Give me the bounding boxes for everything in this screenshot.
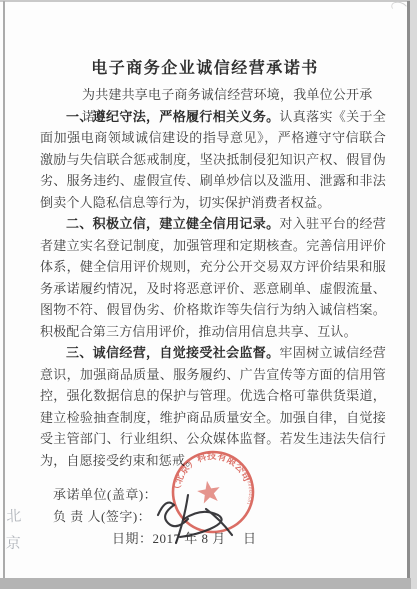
- intro-line: 为共建共享电子商务诚信经营环境，我单位公开承诺：: [40, 84, 386, 106]
- paragraph-2-line-2: 者建立实名登记制度，加强管理和定期核查。完善信用评价: [40, 235, 386, 257]
- paragraph-3-line-3: 控，强化数据信息的保护与管理。优选合格可靠供货渠道，: [40, 385, 386, 407]
- paragraph-1-line-1: 一、遵纪守法，严格履行相关义务。认真落实《关于全: [40, 106, 386, 128]
- paragraph-1-text: 认真落实《关于全: [279, 109, 386, 124]
- paragraph-2-line-5: 图物不符、假冒伪劣、价格欺诈等失信行为纳入诚信档案。: [40, 299, 386, 321]
- scan-edge-left: [3, 1, 5, 589]
- paragraph-1-line-5: 倒卖个人隐私信息等行为，切实保护消费者权益。: [40, 192, 386, 214]
- paragraph-1-line-4: 劣、服务违约、虚假宣传、刷单炒信以及滥用、泄露和非法: [40, 170, 386, 192]
- paragraph-3-line-2: 意识，加强商品质量、服务履约、广告宣传等方面的信用管: [40, 364, 386, 386]
- paragraph-3-line-1: 三、诚信经营，自觉接受社会监督。牢固树立诚信经营: [40, 342, 386, 364]
- paragraph-2-text: 对入驻平台的经营: [279, 216, 386, 231]
- paragraph-1-line-3: 激励与失信联合惩戒制度，坚决抵制侵犯知识产权、假冒伪: [40, 149, 386, 171]
- scan-edge-top: [0, 0, 417, 2]
- paragraph-2-line-4: 务承诺履约情况，及时将恶意评价、恶意刷单、虚假流量、: [40, 278, 386, 300]
- paragraph-2-line-6: 积极配合第三方信用评价，推动信用信息共享、互认。: [40, 321, 386, 343]
- paragraph-1-line-2: 面加强电商领域诚信建设的指导意见》，严格遵守守信联合: [40, 127, 386, 149]
- document-title: 电子商务企业诚信经营承诺书: [0, 55, 410, 78]
- paragraph-2-line-1: 二、积极立信，建立健全信用记录。对入驻平台的经营: [40, 213, 386, 235]
- date-line: 日期：2017 年 8 月 日: [53, 528, 257, 550]
- paragraph-3-line-4: 建立检验抽查制度，维护商品质量安全。加强自律，自觉接: [40, 407, 386, 429]
- paragraph-3-heading: 三、诚信经营，自觉接受社会监督。: [66, 345, 279, 360]
- pencil-char-1: 北: [6, 504, 22, 532]
- paragraph-1-heading: 一、遵纪守法，严格履行相关义务。: [66, 109, 279, 124]
- unit-seal-label: 承诺单位(盖章)：: [53, 484, 257, 506]
- paragraph-2-heading: 二、积极立信，建立健全信用记录。: [66, 216, 279, 231]
- signature-block: 承诺单位(盖章)： 负 责 人(签字)： 日期：2017 年 8 月 日: [53, 484, 257, 550]
- paragraph-3-line-6: 为，自愿接受约束和惩戒。: [40, 450, 386, 472]
- document-body: 为共建共享电子商务诚信经营环境，我单位公开承诺： 一、遵纪守法，严格履行相关义务…: [40, 84, 386, 471]
- responsible-person-label: 负 责 人(签字)：: [53, 506, 257, 528]
- paragraph-3-text: 牢固树立诚信经营: [279, 345, 386, 360]
- paragraph-2-line-3: 体系，健全信用评价规则，充分公开交易双方评价结果和服: [40, 256, 386, 278]
- scan-margin-right: [410, 0, 417, 589]
- scanned-document-page: 电子商务企业诚信经营承诺书 为共建共享电子商务诚信经营环境，我单位公开承诺： 一…: [0, 0, 417, 589]
- pencil-margin-note: 北 京: [6, 504, 24, 559]
- pencil-char-2: 京: [5, 531, 22, 558]
- paragraph-3-line-5: 受主管部门、行业组织、公众媒体监督。若发生违法失信行: [40, 428, 386, 450]
- scan-edge-bottom: [0, 578, 411, 589]
